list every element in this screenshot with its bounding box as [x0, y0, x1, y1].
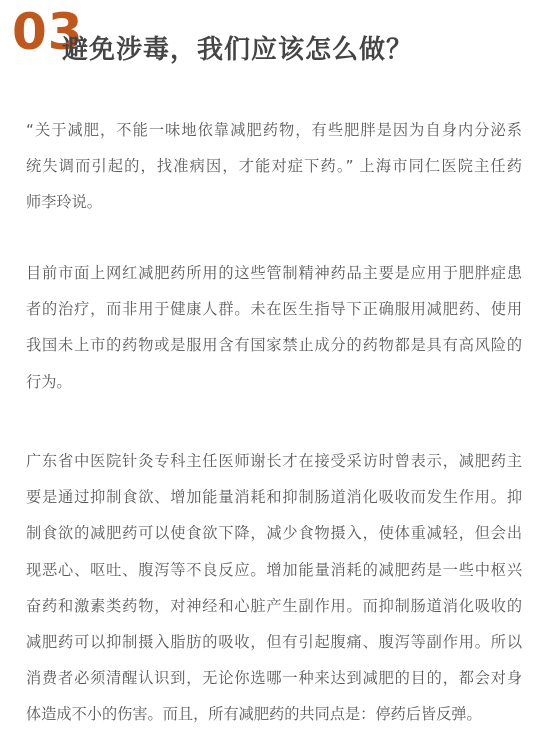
text-line: 要是通过抑制食欲、增加能量消耗和抑制肠道消化吸收而发生作用。抑 [26, 479, 522, 515]
text-line: 者的治疗，而非用于健康人群。未在医生指导下正确服用减肥药、使用 [26, 291, 522, 327]
text-line: 体造成不小的伤害。而且，所有减肥药的共同点是：停药后皆反弹。 [26, 696, 522, 732]
text-line: 师李玲说。 [26, 184, 522, 220]
text-line: 现恶心、呕吐、腹泻等不良反应。增加能量消耗的减肥药是一些中枢兴 [26, 552, 522, 588]
text-line: 我国未上市的药物或是服用含有国家禁止成分的药物都是具有高风险的 [26, 327, 522, 363]
text-line: 广东省中医院针灸专科主任医师谢长才在接受采访时曾表示，减肥药主 [26, 443, 522, 479]
text-line: 目前市面上网红减肥药所用的这些管制精神药品主要是应用于肥胖症患 [26, 255, 522, 291]
section-heading: 03 避免涉毒，我们应该怎么做？ [0, 0, 542, 90]
text-line: 消费者必须清醒认识到，无论你选哪一种来达到减肥的目的，都会对身 [26, 660, 522, 696]
section-title: 避免涉毒，我们应该怎么做？ [62, 30, 413, 70]
text-line: 减肥药可以抑制摄入脂肪的吸收，但有引起腹痛、腹泻等副作用。所以 [26, 624, 522, 660]
text-line: 行为。 [26, 364, 522, 400]
paragraph-quote: “关于减肥，不能一味地依靠减肥药物，有些肥胖是因为自身内分泌系 统失调而引起的，… [26, 112, 522, 221]
paragraph-expert-explanation: 广东省中医院针灸专科主任医师谢长才在接受采访时曾表示，减肥药主 要是通过抑制食欲… [26, 443, 522, 733]
text-line: 统失调而引起的，找准病因，才能对症下药。” 上海市同仁医院主任药 [26, 148, 522, 184]
text-line: “关于减肥，不能一味地依靠减肥药物，有些肥胖是因为自身内分泌系 [26, 112, 522, 148]
text-line: 奋药和激素类药物，对神经和心脏产生副作用。而抑制肠道消化吸收的 [26, 588, 522, 624]
text-line: 制食欲的减肥药可以使食欲下降，减少食物摄入，使体重减轻，但会出 [26, 515, 522, 551]
paragraph-market-drugs: 目前市面上网红减肥药所用的这些管制精神药品主要是应用于肥胖症患 者的治疗，而非用… [26, 255, 522, 400]
